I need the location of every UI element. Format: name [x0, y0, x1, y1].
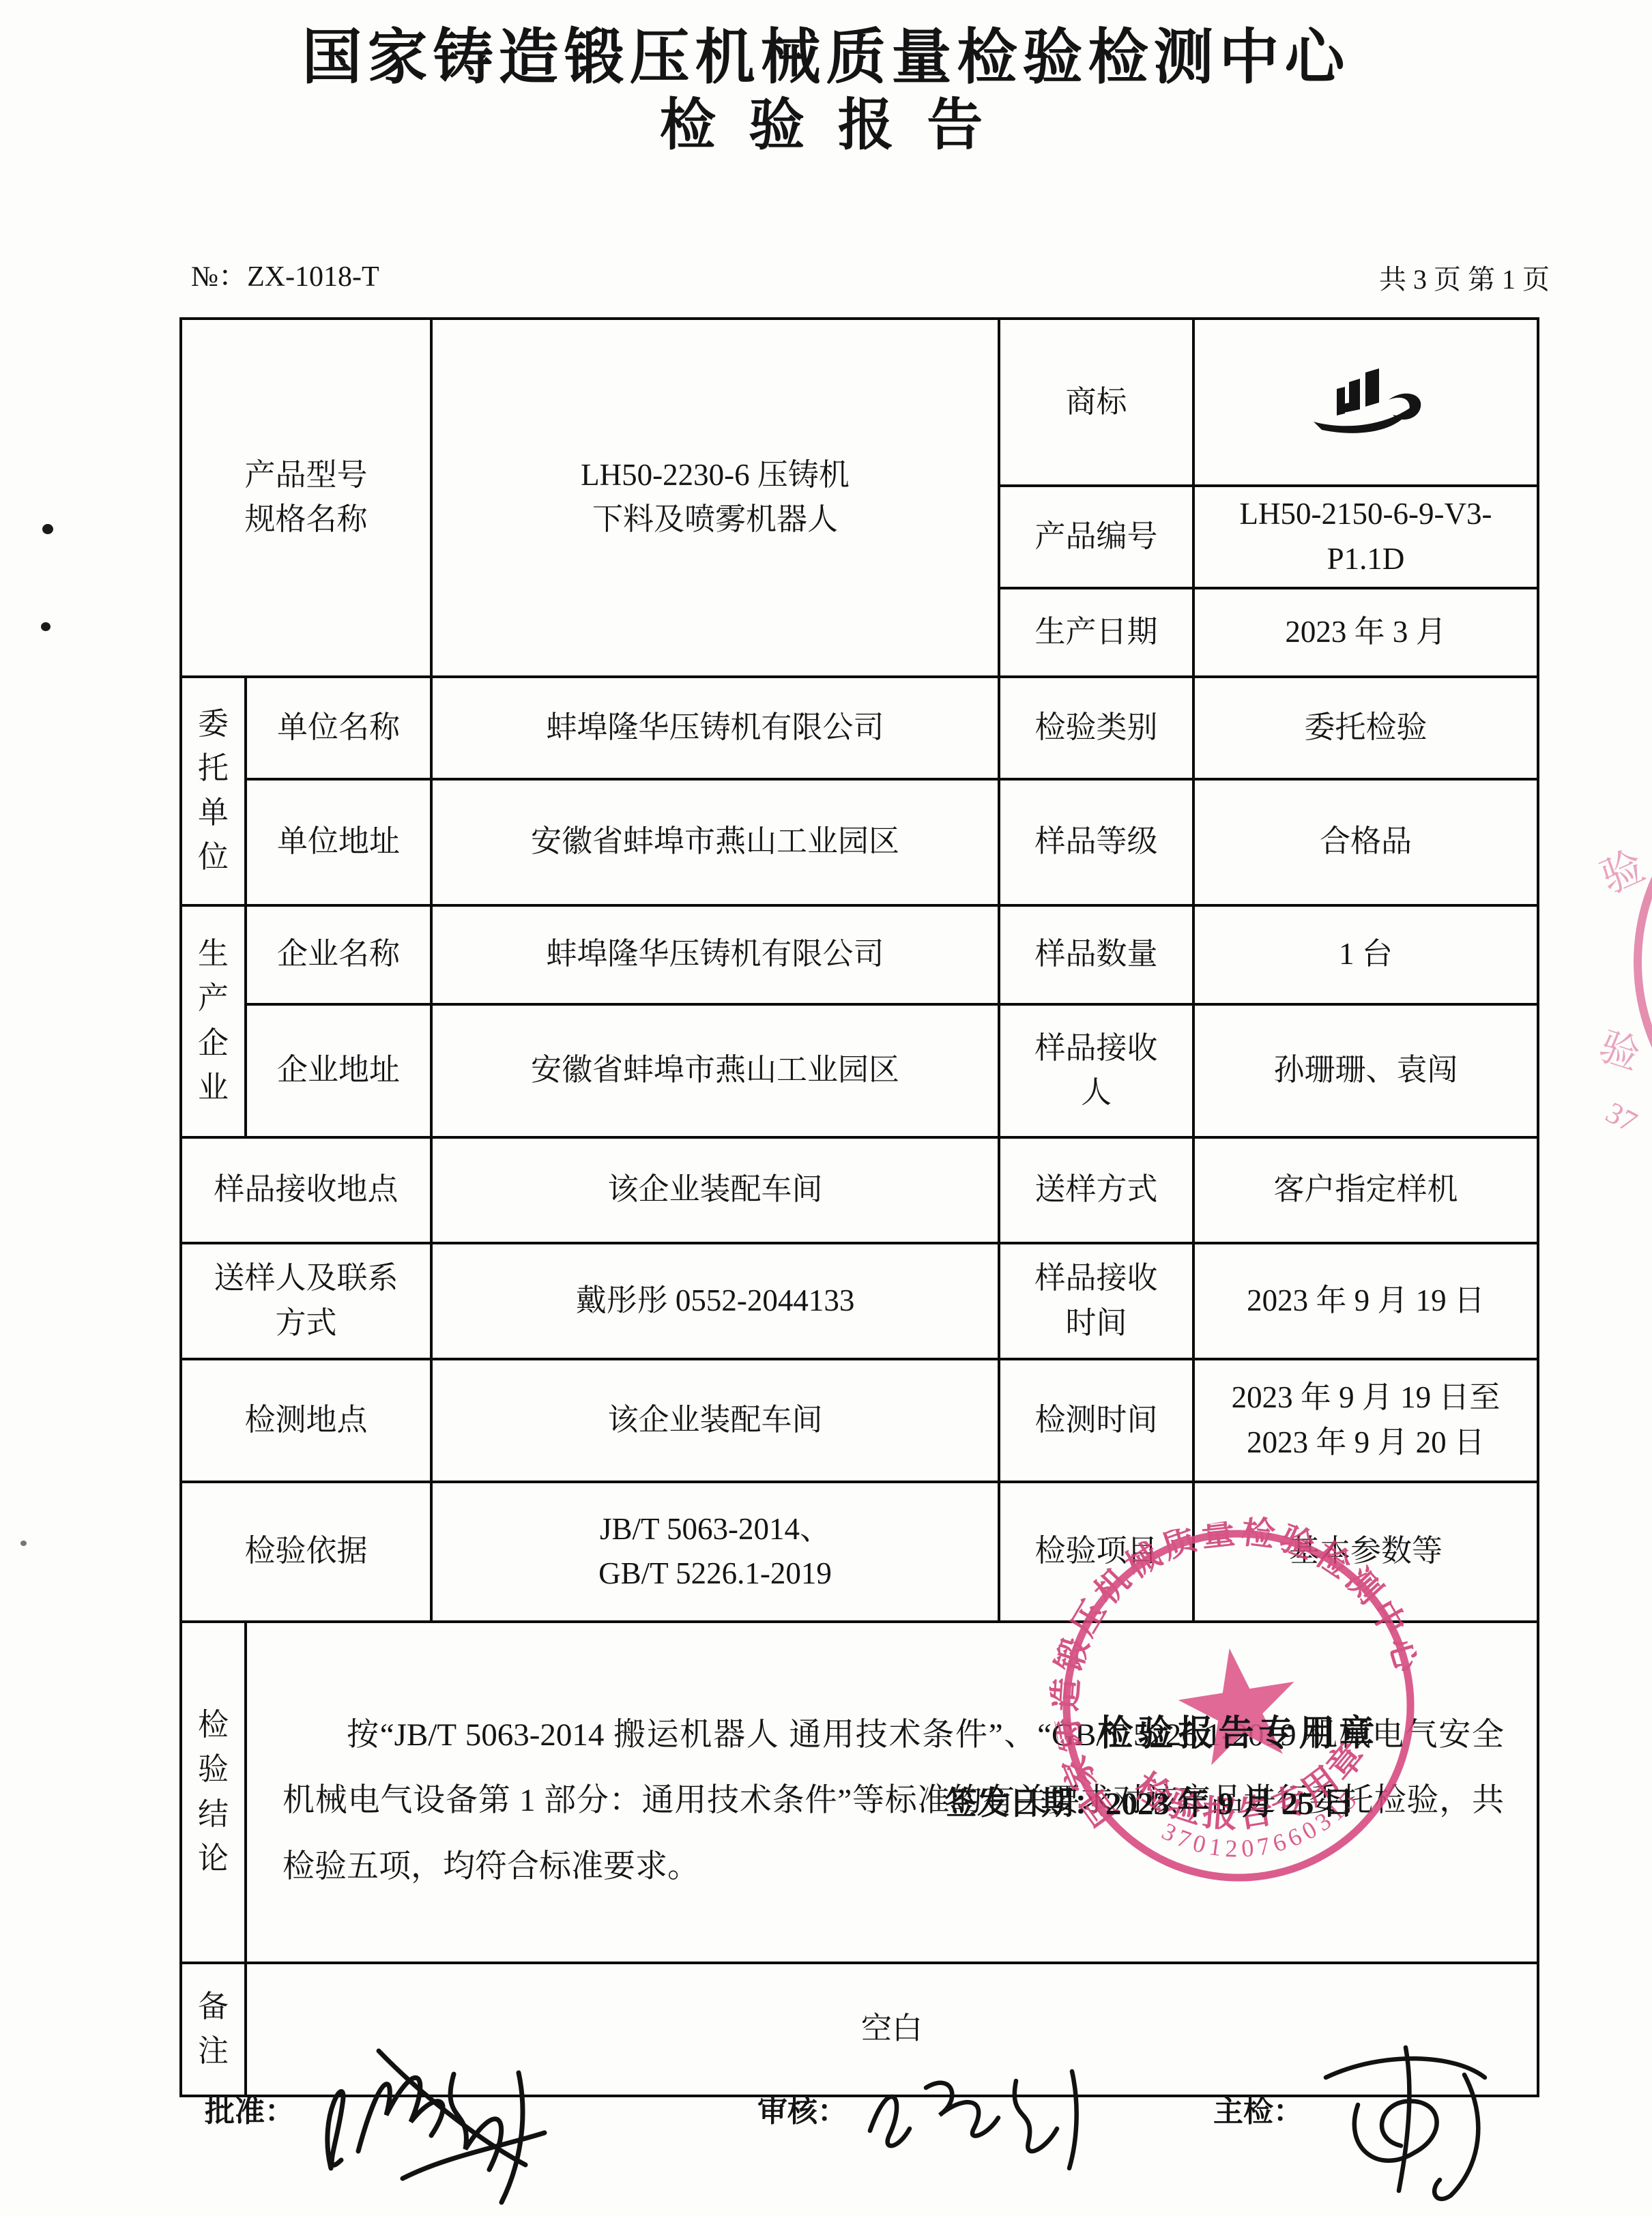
- send-method-label: 送样方式: [999, 1137, 1193, 1243]
- seal-caption: 检验报告专用章: [1034, 1704, 1443, 1755]
- manufacturer-group-label: 生 产 企 业: [181, 905, 246, 1137]
- receive-time-value: 2023 年 9 月 19 日: [1193, 1243, 1538, 1359]
- sample-receiver-value: 孙珊珊、袁闯: [1193, 1004, 1538, 1137]
- report-number-label: №：: [191, 261, 247, 293]
- test-time-value: 2023 年 9 月 19 日至 2023 年 9 月 20 日: [1193, 1359, 1538, 1482]
- basis-label: 检验依据: [181, 1482, 431, 1622]
- ink-dot: [41, 622, 50, 631]
- product-model-label: 产品型号 规格名称: [181, 319, 431, 677]
- manufacturer-name-value: 蚌埠隆华压铸机有限公司: [431, 905, 999, 1004]
- client-addr-value: 安徽省蚌埠市燕山工业园区: [431, 779, 999, 905]
- manufacturer-name-label: 企业名称: [246, 905, 431, 1004]
- trademark-logo-cell: [1193, 319, 1538, 486]
- chief-label: 主检：: [1213, 2086, 1303, 2130]
- issue-date: 签发日期：2023 年 9 月 25 日: [945, 1778, 1354, 1824]
- page-subtitle: 检 验 报 告: [0, 81, 1652, 160]
- sample-receiver-label: 样品接收 人: [999, 1004, 1193, 1137]
- manufacturer-addr-value: 安徽省蚌埠市燕山工业园区: [431, 1004, 999, 1137]
- trademark-label: 商标: [999, 319, 1193, 486]
- chief-signature: [1302, 2035, 1534, 2209]
- receive-place-value: 该企业装配车间: [431, 1137, 999, 1243]
- approve-signature: [293, 2032, 587, 2209]
- svg-text:验: 验: [1594, 843, 1651, 902]
- signature-row: 批准： 审核： 主检：: [205, 2059, 1563, 2216]
- sender-value: 戴彤彤 0552-2044133: [431, 1243, 999, 1359]
- product-no-label: 产品编号: [999, 486, 1193, 588]
- receive-time-label: 样品接收 时间: [999, 1243, 1193, 1359]
- sample-qty-value: 1 台: [1193, 905, 1538, 1004]
- test-time-label: 检测时间: [999, 1359, 1193, 1482]
- client-name-value: 蚌埠隆华压铸机有限公司: [431, 677, 999, 779]
- basis-value: JB/T 5063-2014、 GB/T 5226.1-2019: [431, 1482, 999, 1622]
- conclusion-group-label: 检 验 结 论: [181, 1622, 246, 1963]
- report-number: №：ZX-1018-T: [191, 254, 379, 295]
- client-group-label: 委 托 单 位: [181, 677, 246, 905]
- client-name-label: 单位名称: [246, 677, 431, 779]
- svg-text:37: 37: [1600, 1096, 1642, 1139]
- page-count: 共 3 页 第 1 页: [1379, 258, 1550, 297]
- sample-qty-label: 样品数量: [999, 905, 1193, 1004]
- send-method-value: 客户指定样机: [1193, 1137, 1538, 1243]
- ink-dot: [42, 524, 53, 534]
- receive-place-label: 样品接收地点: [181, 1137, 431, 1243]
- production-date-label: 生产日期: [999, 588, 1193, 677]
- product-no-value: LH50-2150-6-9-V3- P1.1D: [1193, 486, 1538, 588]
- product-model-value: LH50-2230-6 压铸机 下料及喷雾机器人: [431, 319, 999, 677]
- sample-grade-label: 样品等级: [999, 779, 1193, 905]
- approve-label: 批准：: [205, 2086, 295, 2130]
- production-date-value: 2023 年 3 月: [1193, 588, 1538, 677]
- svg-text:验: 验: [1594, 1024, 1645, 1079]
- edge-partial-stamp-icon: 验 验 37: [1569, 723, 1652, 1201]
- sender-label: 送样人及联系 方式: [181, 1243, 431, 1359]
- client-addr-label: 单位地址: [246, 779, 431, 905]
- report-number-value: ZX-1018-T: [247, 261, 379, 293]
- inspection-report-page: 国家铸造锻压机械质量检验检测中心 检 验 报 告 №：ZX-1018-T 共 3…: [0, 0, 1652, 2216]
- test-place-value: 该企业装配车间: [431, 1359, 999, 1482]
- brand-logo-icon: [1200, 367, 1531, 437]
- test-place-label: 检测地点: [181, 1359, 431, 1482]
- review-label: 审核：: [757, 2086, 847, 2130]
- review-signature: [850, 2045, 1116, 2189]
- sample-grade-value: 合格品: [1193, 779, 1538, 905]
- ink-dot: [20, 1541, 27, 1546]
- inspection-type-label: 检验类别: [999, 677, 1193, 779]
- manufacturer-addr-label: 企业地址: [246, 1004, 431, 1137]
- inspection-type-value: 委托检验: [1193, 677, 1538, 779]
